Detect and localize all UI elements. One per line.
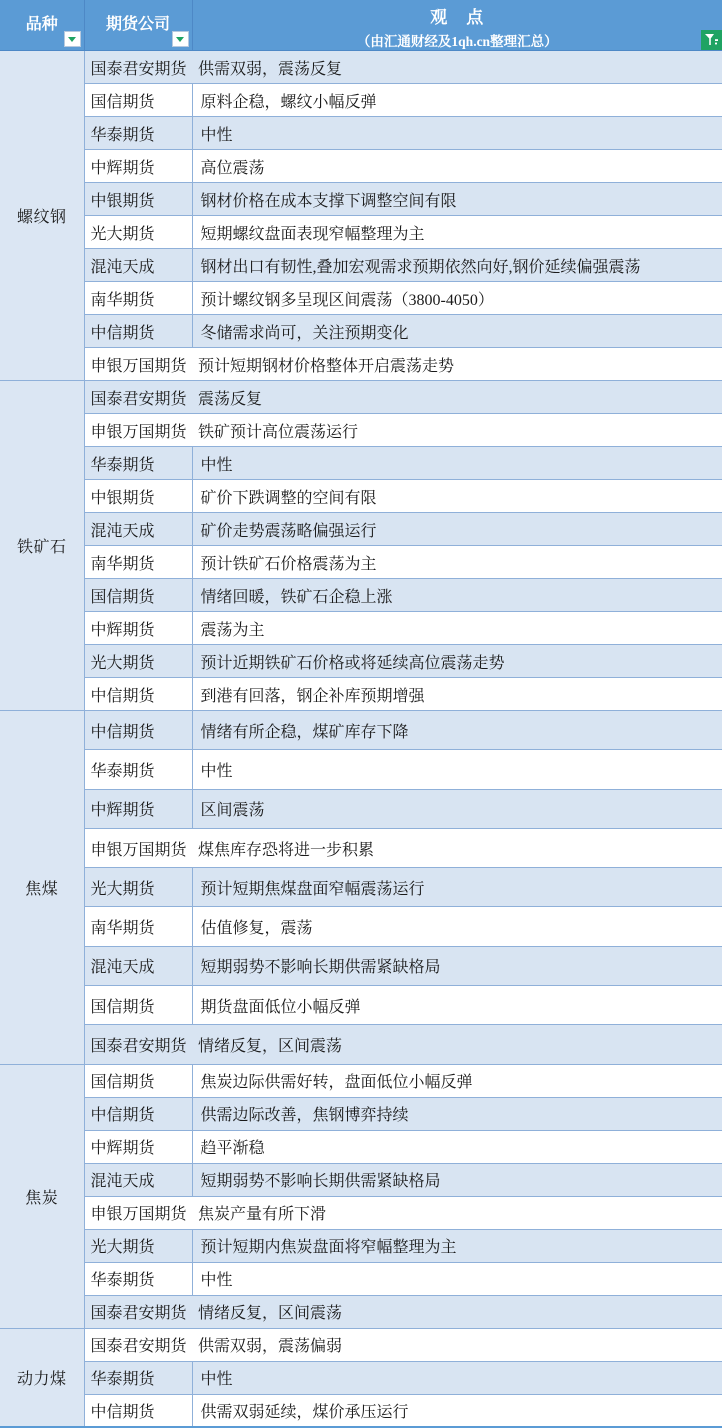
filter-dropdown-icon[interactable] (172, 31, 189, 47)
table-row: 混沌天成 短期弱势不影响长期供需紧缺格局 (0, 946, 722, 985)
table-row: 中银期货 矿价下跌调整的空间有限 (0, 480, 722, 513)
header-opinion-subtitle: （由汇通财经及1qh.cn整理汇总） (193, 30, 722, 50)
table-row: 光大期货 预计短期焦煤盘面窄幅震荡运行 (0, 868, 722, 907)
company-cell[interactable]: 光大期货 (84, 1229, 192, 1262)
company-cell[interactable]: 中信期货 (84, 1394, 192, 1427)
opinion-cell[interactable]: 煤焦库存恐将进一步积累 (192, 828, 722, 867)
header-variety-label: 品种 (26, 3, 58, 47)
opinion-cell[interactable]: 供需边际改善，焦钢博弈持续 (192, 1097, 722, 1130)
table-row: 动力煤 国泰君安期货 供需双弱，震荡偏弱 (0, 1328, 722, 1361)
header-variety[interactable]: 品种 (0, 0, 84, 51)
opinion-cell[interactable]: 矿价下跌调整的空间有限 (192, 480, 722, 513)
opinion-cell[interactable]: 矿价走势震荡略偏强运行 (192, 513, 722, 546)
opinion-cell[interactable]: 供需双弱，震荡偏弱 (192, 1328, 722, 1361)
table-row: 华泰期货 中性 (0, 447, 722, 480)
company-cell[interactable]: 中辉期货 (84, 1130, 192, 1163)
table-row: 中信期货 供需边际改善，焦钢博弈持续 (0, 1097, 722, 1130)
company-cell[interactable]: 中信期货 (84, 711, 192, 750)
company-cell[interactable]: 国泰君安期货 (84, 1025, 192, 1064)
table-row: 中银期货 钢材价格在成本支撑下调整空间有限 (0, 183, 722, 216)
opinion-cell[interactable]: 预计铁矿石价格震荡为主 (192, 546, 722, 579)
table-row: 申银万国期货 预计短期钢材价格整体开启震荡走势 (0, 348, 722, 381)
table-row: 国泰君安期货 情绪反复，区间震荡 (0, 1025, 722, 1064)
header-company[interactable]: 期货公司 (84, 0, 192, 51)
opinion-cell[interactable]: 中性 (192, 117, 722, 150)
category-cell[interactable]: 铁矿石 (0, 381, 84, 711)
company-cell[interactable]: 国泰君安期货 (84, 381, 192, 414)
opinion-cell[interactable]: 趋平渐稳 (192, 1130, 722, 1163)
company-cell[interactable]: 光大期货 (84, 645, 192, 678)
table-row: 中辉期货 区间震荡 (0, 789, 722, 828)
opinion-cell[interactable]: 到港有回落，钢企补库预期增强 (192, 678, 722, 711)
company-cell[interactable]: 中辉期货 (84, 612, 192, 645)
opinion-cell[interactable]: 区间震荡 (192, 789, 722, 828)
table-row: 中辉期货 高位震荡 (0, 150, 722, 183)
company-cell[interactable]: 国信期货 (84, 986, 192, 1025)
category-cell[interactable]: 螺纹钢 (0, 51, 84, 381)
table-row: 光大期货 预计近期铁矿石价格或将延续高位震荡走势 (0, 645, 722, 678)
table-row: 申银万国期货 铁矿预计高位震荡运行 (0, 414, 722, 447)
opinion-cell[interactable]: 供需双弱延续，煤价承压运行 (192, 1394, 722, 1427)
opinion-cell[interactable]: 原料企稳，螺纹小幅反弹 (192, 84, 722, 117)
company-cell[interactable]: 中辉期货 (84, 150, 192, 183)
company-cell[interactable]: 国泰君安期货 (84, 1328, 192, 1361)
opinion-cell[interactable]: 中性 (192, 750, 722, 789)
opinion-cell[interactable]: 情绪反复，区间震荡 (192, 1025, 722, 1064)
header-opinion[interactable]: 观 点 （由汇通财经及1qh.cn整理汇总） (192, 0, 722, 51)
opinion-cell[interactable]: 预计短期焦煤盘面窄幅震荡运行 (192, 868, 722, 907)
company-cell[interactable]: 混沌天成 (84, 513, 192, 546)
company-cell[interactable]: 南华期货 (84, 546, 192, 579)
header-row: 品种 期货公司 观 点 （由汇通财经及1qh.cn整理汇总） (0, 0, 722, 51)
header-opinion-title: 观 点 (193, 3, 722, 28)
opinion-cell[interactable]: 铁矿预计高位震荡运行 (192, 414, 722, 447)
table-row: 华泰期货 中性 (0, 750, 722, 789)
company-cell[interactable]: 中银期货 (84, 183, 192, 216)
table-row: 国信期货 期货盘面低位小幅反弹 (0, 986, 722, 1025)
table-row: 华泰期货 中性 (0, 1361, 722, 1394)
table-row: 光大期货 短期螺纹盘面表现窄幅整理为主 (0, 216, 722, 249)
opinion-cell[interactable]: 情绪有所企稳，煤矿库存下降 (192, 711, 722, 750)
company-cell[interactable]: 光大期货 (84, 216, 192, 249)
company-cell[interactable]: 国泰君安期货 (84, 51, 192, 84)
company-cell[interactable]: 中信期货 (84, 1097, 192, 1130)
company-cell[interactable]: 申银万国期货 (84, 828, 192, 867)
category-cell[interactable]: 焦煤 (0, 711, 84, 1065)
opinion-cell[interactable]: 中性 (192, 1361, 722, 1394)
opinion-cell[interactable]: 短期弱势不影响长期供需紧缺格局 (192, 1163, 722, 1196)
company-cell[interactable]: 国信期货 (84, 579, 192, 612)
company-cell[interactable]: 中信期货 (84, 315, 192, 348)
filter-funnel-icon[interactable] (701, 30, 722, 50)
header-company-label: 期货公司 (106, 3, 170, 47)
filter-dropdown-icon[interactable] (64, 31, 81, 47)
company-cell[interactable]: 申银万国期货 (84, 348, 192, 381)
opinion-cell[interactable]: 估值修复，震荡 (192, 907, 722, 946)
company-cell[interactable]: 中信期货 (84, 678, 192, 711)
table-row: 螺纹钢 国泰君安期货 供需双弱，震荡反复 (0, 51, 722, 84)
opinion-cell[interactable]: 冬储需求尚可，关注预期变化 (192, 315, 722, 348)
table-row: 混沌天成 钢材出口有韧性,叠加宏观需求预期依然向好,钢价延续偏强震荡 (0, 249, 722, 282)
table-row: 中信期货 到港有回落，钢企补库预期增强 (0, 678, 722, 711)
company-cell[interactable]: 申银万国期货 (84, 414, 192, 447)
opinion-cell[interactable]: 高位震荡 (192, 150, 722, 183)
table-row: 申银万国期货 煤焦库存恐将进一步积累 (0, 828, 722, 867)
opinion-cell[interactable]: 预计短期内焦炭盘面将窄幅整理为主 (192, 1229, 722, 1262)
table-row: 混沌天成 短期弱势不影响长期供需紧缺格局 (0, 1163, 722, 1196)
table-row: 光大期货 预计短期内焦炭盘面将窄幅整理为主 (0, 1229, 722, 1262)
opinion-cell[interactable]: 供需双弱，震荡反复 (192, 51, 722, 84)
company-cell[interactable]: 混沌天成 (84, 249, 192, 282)
company-cell[interactable]: 光大期货 (84, 868, 192, 907)
company-cell[interactable]: 混沌天成 (84, 1163, 192, 1196)
company-cell[interactable]: 华泰期货 (84, 117, 192, 150)
opinions-table: 品种 期货公司 观 点 （由汇通财经及1qh.cn整理汇总） (0, 0, 722, 1428)
opinion-cell[interactable]: 短期弱势不影响长期供需紧缺格局 (192, 946, 722, 985)
table-row: 混沌天成 矿价走势震荡略偏强运行 (0, 513, 722, 546)
funnel-glyph (704, 33, 719, 48)
company-cell[interactable]: 华泰期货 (84, 1361, 192, 1394)
table-row: 中信期货 供需双弱延续，煤价承压运行 (0, 1394, 722, 1427)
opinion-cell[interactable]: 情绪反复，区间震荡 (192, 1295, 722, 1328)
opinion-cell[interactable]: 震荡为主 (192, 612, 722, 645)
table-row: 中信期货 冬储需求尚可，关注预期变化 (0, 315, 722, 348)
company-cell[interactable]: 申银万国期货 (84, 1196, 192, 1229)
table-row: 焦煤 中信期货 情绪有所企稳，煤矿库存下降 (0, 711, 722, 750)
company-cell[interactable]: 南华期货 (84, 907, 192, 946)
company-cell[interactable]: 华泰期货 (84, 750, 192, 789)
table-row: 华泰期货 中性 (0, 1262, 722, 1295)
table-row: 华泰期货 中性 (0, 117, 722, 150)
table-row: 铁矿石 国泰君安期货 震荡反复 (0, 381, 722, 414)
opinion-cell[interactable]: 短期螺纹盘面表现窄幅整理为主 (192, 216, 722, 249)
company-cell[interactable]: 华泰期货 (84, 447, 192, 480)
company-cell[interactable]: 国信期货 (84, 84, 192, 117)
table-row: 国信期货 情绪回暖，铁矿石企稳上涨 (0, 579, 722, 612)
category-cell[interactable]: 焦炭 (0, 1064, 84, 1328)
company-cell[interactable]: 混沌天成 (84, 946, 192, 985)
table-row: 中辉期货 震荡为主 (0, 612, 722, 645)
table-row: 申银万国期货 焦炭产量有所下滑 (0, 1196, 722, 1229)
opinion-cell[interactable]: 中性 (192, 1262, 722, 1295)
company-cell[interactable]: 国泰君安期货 (84, 1295, 192, 1328)
opinion-cell[interactable]: 情绪回暖，铁矿石企稳上涨 (192, 579, 722, 612)
opinion-cell[interactable]: 钢材价格在成本支撑下调整空间有限 (192, 183, 722, 216)
table-row: 南华期货 预计螺纹钢多呈现区间震荡（3800-4050） (0, 282, 722, 315)
category-cell[interactable]: 动力煤 (0, 1328, 84, 1427)
table-row: 中辉期货 趋平渐稳 (0, 1130, 722, 1163)
company-cell[interactable]: 华泰期货 (84, 1262, 192, 1295)
company-cell[interactable]: 中银期货 (84, 480, 192, 513)
opinion-cell[interactable]: 预计短期钢材价格整体开启震荡走势 (192, 348, 722, 381)
opinion-cell[interactable]: 钢材出口有韧性,叠加宏观需求预期依然向好,钢价延续偏强震荡 (192, 249, 722, 282)
table-row: 国泰君安期货 情绪反复，区间震荡 (0, 1295, 722, 1328)
company-cell[interactable]: 国信期货 (84, 1064, 192, 1097)
opinion-cell[interactable]: 震荡反复 (192, 381, 722, 414)
opinion-cell[interactable]: 预计螺纹钢多呈现区间震荡（3800-4050） (192, 282, 722, 315)
opinion-cell[interactable]: 预计近期铁矿石价格或将延续高位震荡走势 (192, 645, 722, 678)
opinion-cell[interactable]: 焦炭边际供需好转，盘面低位小幅反弹 (192, 1064, 722, 1097)
table-row: 南华期货 估值修复，震荡 (0, 907, 722, 946)
table-row: 南华期货 预计铁矿石价格震荡为主 (0, 546, 722, 579)
table-row: 国信期货 原料企稳，螺纹小幅反弹 (0, 84, 722, 117)
opinion-cell[interactable]: 焦炭产量有所下滑 (192, 1196, 722, 1229)
company-cell[interactable]: 中辉期货 (84, 789, 192, 828)
table-row: 焦炭 国信期货 焦炭边际供需好转，盘面低位小幅反弹 (0, 1064, 722, 1097)
opinion-cell[interactable]: 期货盘面低位小幅反弹 (192, 986, 722, 1025)
company-cell[interactable]: 南华期货 (84, 282, 192, 315)
opinion-cell[interactable]: 中性 (192, 447, 722, 480)
